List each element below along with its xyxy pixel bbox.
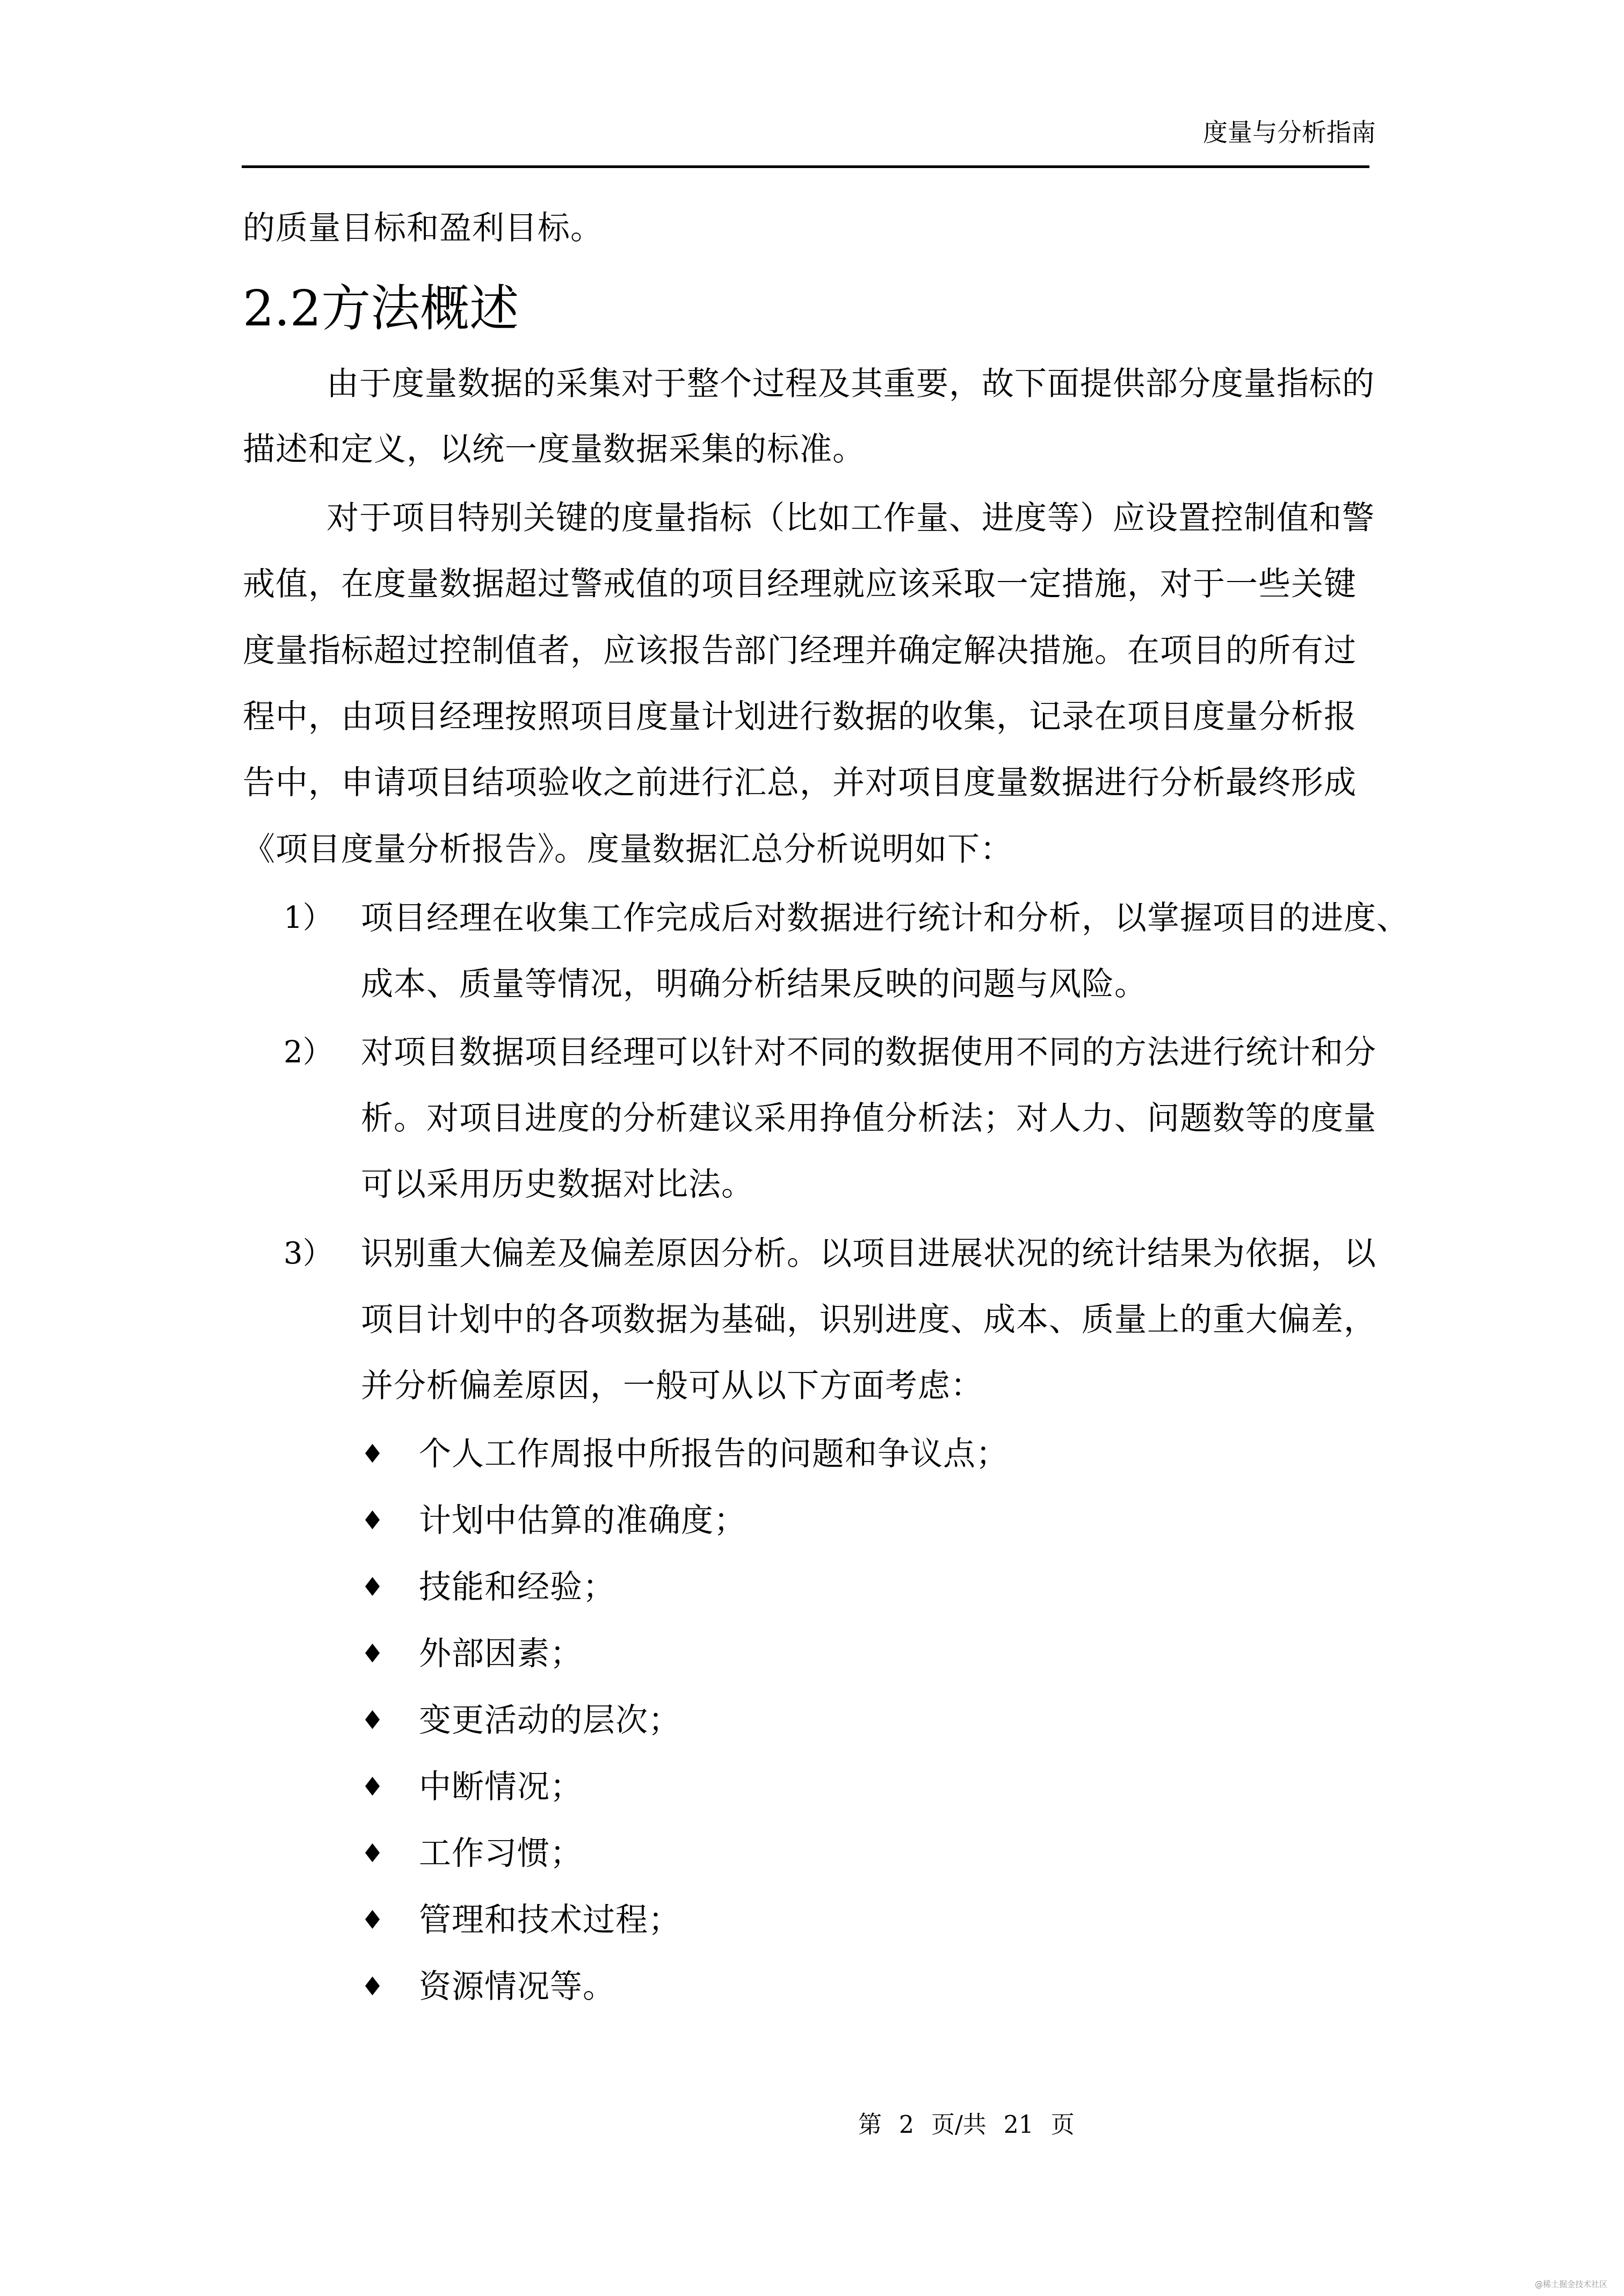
item-line: 成本、质量等情况，明确分析结果反映的问题与风险。 — [361, 963, 1147, 1006]
diamond-bullet-icon: ♦ — [361, 1566, 384, 1609]
paragraph-line: 描述和定义，以统一度量数据采集的标准。 — [243, 428, 865, 471]
item-line: 识别重大偏差及偏差原因分析。以项目进展状况的统计结果为依据，以 — [361, 1232, 1376, 1275]
diamond-bullet-icon: ♦ — [361, 1965, 384, 2008]
list-item-text: 外部因素； — [419, 1632, 583, 1675]
paragraph-line: 对于项目特别关键的度量指标（比如工作量、进度等）应设置控制值和警 — [327, 497, 1375, 540]
diamond-bullet-icon: ♦ — [361, 1499, 384, 1542]
item-line: 析。对项目进度的分析建议采用挣值分析法；对人力、问题数等的度量 — [361, 1097, 1376, 1140]
item-line: 可以采用历史数据对比法。 — [361, 1163, 754, 1206]
page-number-footer: 第 2 页/共 21 页 — [858, 2110, 1075, 2140]
list-item-text: 变更活动的层次； — [419, 1699, 681, 1742]
diamond-bullet-icon: ♦ — [361, 1433, 384, 1476]
list-item-text: 个人工作周报中所报告的问题和争议点； — [419, 1433, 1009, 1476]
item-line: 对项目数据项目经理可以针对不同的数据使用不同的方法进行统计和分 — [361, 1031, 1376, 1074]
list-item-text: 技能和经验； — [419, 1566, 615, 1609]
item-number-label: 2） — [284, 1031, 333, 1074]
item-number-label: 3） — [284, 1232, 333, 1275]
diamond-bullet-icon: ♦ — [361, 1899, 384, 1942]
list-item-text: 中断情况； — [419, 1765, 583, 1808]
diamond-bullet-icon: ♦ — [361, 1699, 384, 1742]
item-line: 并分析偏差原因，一般可从以下方面考虑： — [361, 1364, 983, 1407]
watermark: @稀土掘金技术社区 — [1535, 2279, 1607, 2290]
list-item-text: 资源情况等。 — [419, 1965, 615, 2008]
item-number-label: 1） — [284, 897, 333, 940]
diamond-bullet-icon: ♦ — [361, 1632, 384, 1675]
section-heading: 2.2方法概述 — [243, 279, 519, 338]
paragraph-line: 由于度量数据的采集对于整个过程及其重要，故下面提供部分度量指标的 — [327, 362, 1375, 405]
paragraph-line: 《项目度量分析报告》。度量数据汇总分析说明如下： — [243, 828, 1013, 871]
continued-text-line: 的质量目标和盈利目标。 — [243, 207, 603, 250]
diamond-bullet-icon: ♦ — [361, 1832, 384, 1875]
running-header-title: 度量与分析指南 — [1203, 117, 1376, 147]
paragraph-line: 告中，申请项目结项验收之前进行汇总，并对项目度量数据进行分析最终形成 — [243, 761, 1357, 804]
paragraph-line: 度量指标超过控制值者，应该报告部门经理并确定解决措施。在项目的所有过 — [243, 629, 1357, 672]
header-divider — [242, 165, 1369, 168]
paragraph-line: 戒值，在度量数据超过警戒值的项目经理就应该采取一定措施，对于一些关键 — [243, 563, 1357, 606]
list-item-text: 管理和技术过程； — [419, 1899, 681, 1942]
list-item-text: 计划中估算的准确度； — [419, 1499, 746, 1542]
item-line: 项目经理在收集工作完成后对数据进行统计和分析，以掌握项目的进度、 — [361, 897, 1409, 940]
item-line: 项目计划中的各项数据为基础，识别进度、成本、质量上的重大偏差， — [361, 1298, 1376, 1341]
list-item-text: 工作习惯； — [419, 1832, 583, 1875]
diamond-bullet-icon: ♦ — [361, 1765, 384, 1808]
paragraph-line: 程中，由项目经理按照项目度量计划进行数据的收集，记录在项目度量分析报 — [243, 695, 1357, 738]
